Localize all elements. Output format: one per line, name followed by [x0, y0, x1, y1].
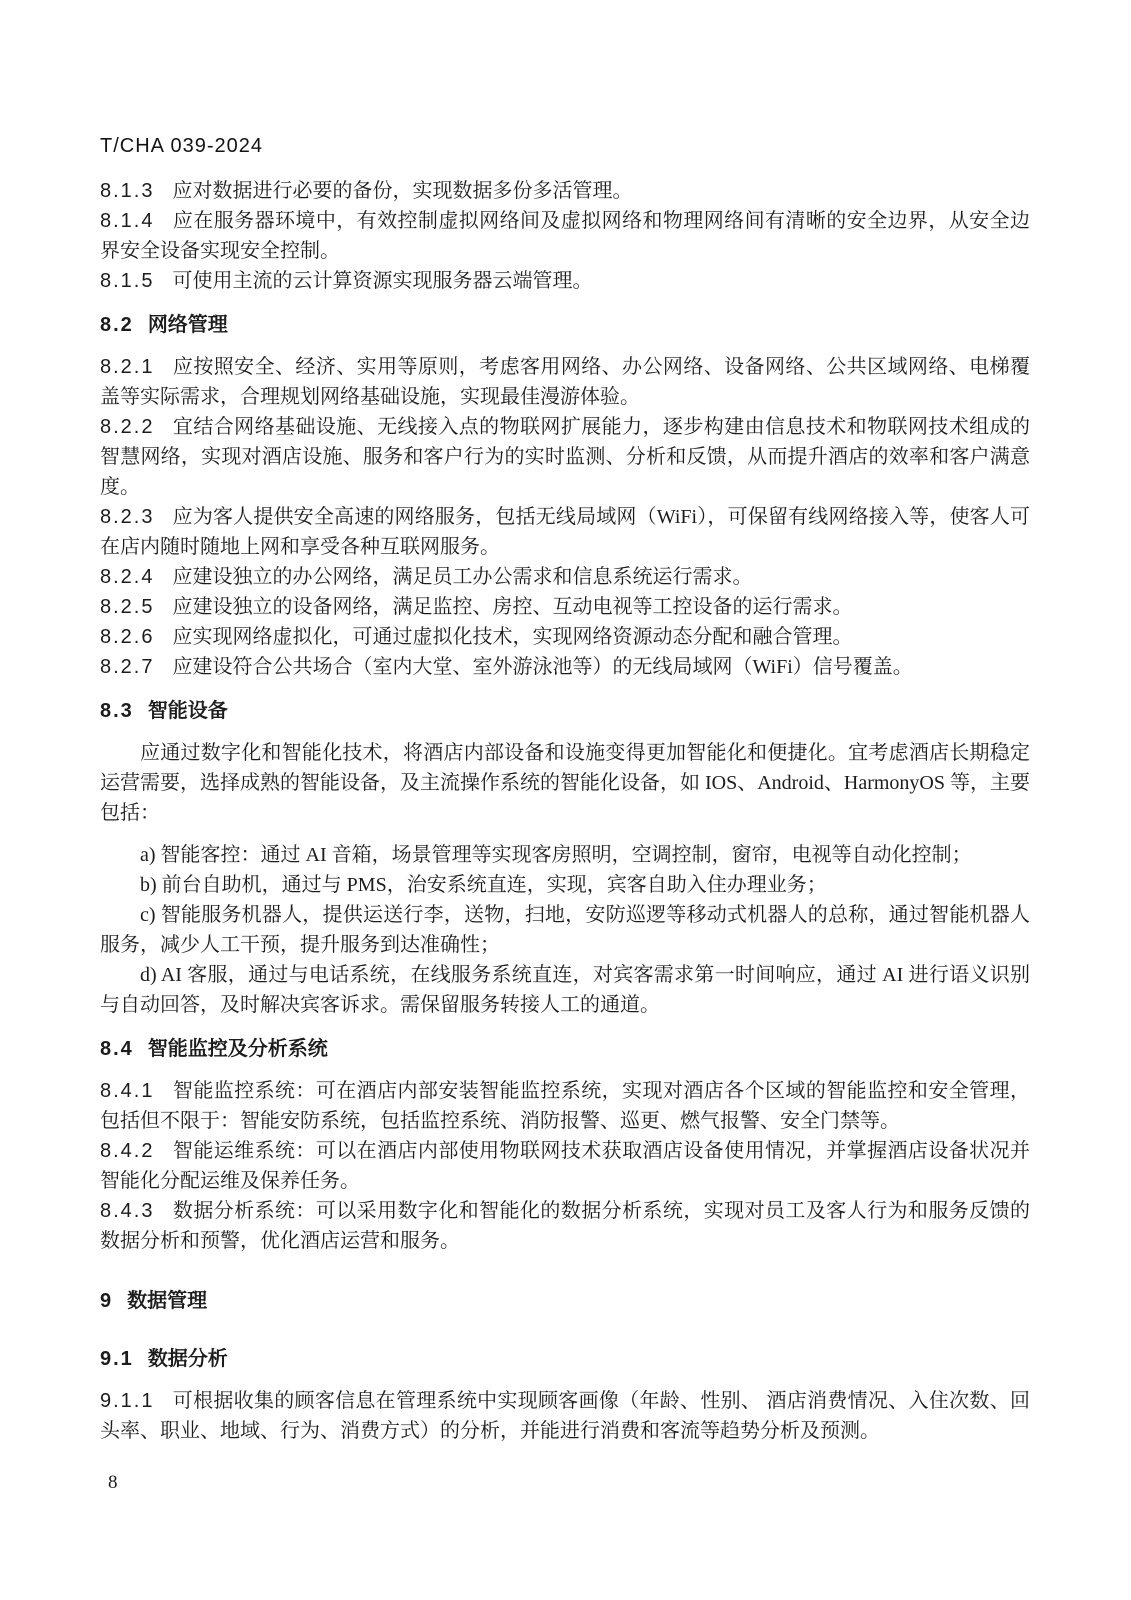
clause-paragraph: 8.2.2宜结合网络基础设施、无线接入点的物联网扩展能力，逐步构建由信息技术和物… — [100, 412, 1030, 502]
clause-text: 宜结合网络基础设施、无线接入点的物联网扩展能力，逐步构建由信息技术和物联网技术组… — [100, 416, 1030, 498]
clause-text: b) 前台自助机，通过与 PMS，治安系统直连，实现，宾客自助入住办理业务； — [140, 874, 827, 896]
clause-number: 8.2.7 — [100, 656, 154, 678]
clause-paragraph: 8.2.4应建设独立的办公网络，满足员工办公需求和信息系统运行需求。 — [100, 562, 1030, 592]
clause-paragraph: 8.1.5可使用主流的云计算资源实现服务器云端管理。 — [100, 266, 1030, 296]
subsection-heading: 8.3智能设备 — [100, 696, 1030, 726]
clause-text: 智能监控系统：可在酒店内部安装智能监控系统，实现对酒店各个区域的智能监控和安全管… — [100, 1080, 1030, 1132]
clause-text: c) 智能服务机器人，提供运送行李，送物，扫地，安防巡逻等移动式机器人的总称，通… — [100, 904, 1030, 956]
clause-text: 可根据收集的顾客信息在管理系统中实现顾客画像（年龄、性别、 酒店消费情况、入住次… — [100, 1390, 1030, 1442]
clause-number: 8.1.5 — [100, 270, 154, 292]
clause-paragraph: 8.1.3应对数据进行必要的备份，实现数据多份多活管理。 — [100, 176, 1030, 206]
document-code: T/CHA 039-2024 — [100, 134, 1030, 158]
subsection-heading: 8.4智能监控及分析系统 — [100, 1034, 1030, 1064]
clause-number: 8.1.3 — [100, 180, 154, 202]
clause-text: 应为客人提供安全高速的网络服务，包括无线局域网（WiFi），可保留有线网络接入等… — [100, 506, 1030, 558]
clause-text: 智能设备 — [148, 700, 228, 722]
clause-text: 数据分析系统：可以采用数字化和智能化的数据分析系统，实现对员工及客人行为和服务反… — [100, 1200, 1030, 1252]
list-item: c) 智能服务机器人，提供运送行李，送物，扫地，安防巡逻等移动式机器人的总称，通… — [100, 900, 1030, 960]
clause-text: 数据分析 — [148, 1348, 228, 1370]
clause-number: 8.1.4 — [100, 210, 154, 232]
list-item: a) 智能客控：通过 AI 音箱，场景管理等实现客房照明，空调控制，窗帘，电视等… — [100, 840, 1030, 870]
clause-text: 应对数据进行必要的备份，实现数据多份多活管理。 — [172, 180, 632, 202]
subsection-heading: 8.2网络管理 — [100, 310, 1030, 340]
clause-number: 8.2.1 — [100, 356, 154, 378]
clause-paragraph: 9.1.1可根据收集的顾客信息在管理系统中实现顾客画像（年龄、性别、 酒店消费情… — [100, 1386, 1030, 1446]
clause-number: 8.4 — [100, 1038, 134, 1060]
clause-paragraph: 8.4.2智能运维系统：可以在酒店内部使用物联网技术获取酒店设备使用情况，并掌握… — [100, 1136, 1030, 1196]
document-page: T/CHA 039-2024 8.1.3应对数据进行必要的备份，实现数据多份多活… — [0, 0, 1131, 1600]
clause-paragraph: 8.1.4应在服务器环境中，有效控制虚拟网络间及虚拟网络和物理网络间有清晰的安全… — [100, 206, 1030, 266]
clause-paragraph: 8.2.7应建设符合公共场合（室内大堂、室外游泳池等）的无线局域网（WiFi）信… — [100, 652, 1030, 682]
clause-text: a) 智能客控：通过 AI 音箱，场景管理等实现客房照明，空调控制，窗帘，电视等… — [140, 844, 972, 866]
clause-text: 可使用主流的云计算资源实现服务器云端管理。 — [172, 270, 592, 292]
clause-paragraph: 8.2.5应建设独立的设备网络，满足监控、房控、互动电视等工控设备的运行需求。 — [100, 592, 1030, 622]
clause-number: 8.2.5 — [100, 596, 154, 618]
clause-text: 网络管理 — [148, 314, 228, 336]
clause-text: 应实现网络虚拟化，可通过虚拟化技术，实现网络资源动态分配和融合管理。 — [172, 626, 852, 648]
list-item: d) AI 客服，通过与电话系统，在线服务系统直连，对宾客需求第一时间响应，通过… — [100, 960, 1030, 1020]
clause-number: 9.1.1 — [100, 1390, 154, 1412]
clause-text: 数据管理 — [127, 1290, 207, 1312]
clause-number: 8.2 — [100, 314, 134, 336]
clause-text: 应建设独立的设备网络，满足监控、房控、互动电视等工控设备的运行需求。 — [172, 596, 852, 618]
clause-number: 8.2.2 — [100, 416, 154, 438]
page-number: 8 — [108, 1468, 118, 1498]
clause-text: 应按照安全、经济、实用等原则，考虑客用网络、办公网络、设备网络、公共区域网络、电… — [100, 356, 1030, 408]
document-body: 8.1.3应对数据进行必要的备份，实现数据多份多活管理。8.1.4应在服务器环境… — [100, 176, 1030, 1446]
clause-number: 8.2.4 — [100, 566, 154, 588]
clause-paragraph: 8.4.3数据分析系统：可以采用数字化和智能化的数据分析系统，实现对员工及客人行… — [100, 1196, 1030, 1256]
clause-text: 智能监控及分析系统 — [148, 1038, 328, 1060]
clause-paragraph: 8.2.6应实现网络虚拟化，可通过虚拟化技术，实现网络资源动态分配和融合管理。 — [100, 622, 1030, 652]
clause-number: 8.2.6 — [100, 626, 154, 648]
list-item: b) 前台自助机，通过与 PMS，治安系统直连，实现，宾客自助入住办理业务； — [100, 870, 1030, 900]
clause-text: 应建设独立的办公网络，满足员工办公需求和信息系统运行需求。 — [172, 566, 752, 588]
clause-number: 8.4.1 — [100, 1080, 154, 1102]
clause-number: 8.2.3 — [100, 506, 154, 528]
clause-number: 8.4.3 — [100, 1200, 154, 1222]
clause-number: 9.1 — [100, 1348, 134, 1370]
clause-number: 8.4.2 — [100, 1140, 154, 1162]
clause-number: 8.3 — [100, 700, 134, 722]
clause-text: 应在服务器环境中，有效控制虚拟网络间及虚拟网络和物理网络间有清晰的安全边界，从安… — [100, 210, 1030, 262]
clause-paragraph: 8.4.1智能监控系统：可在酒店内部安装智能监控系统，实现对酒店各个区域的智能监… — [100, 1076, 1030, 1136]
clause-text: 智能运维系统：可以在酒店内部使用物联网技术获取酒店设备使用情况，并掌握酒店设备状… — [100, 1140, 1030, 1192]
clause-paragraph: 8.2.3应为客人提供安全高速的网络服务，包括无线局域网（WiFi），可保留有线… — [100, 502, 1030, 562]
clause-text: 应建设符合公共场合（室内大堂、室外游泳池等）的无线局域网（WiFi）信号覆盖。 — [172, 656, 912, 678]
clause-paragraph: 8.2.1应按照安全、经济、实用等原则，考虑客用网络、办公网络、设备网络、公共区… — [100, 352, 1030, 412]
section-heading: 9数据管理 — [100, 1286, 1030, 1316]
subsection-heading: 9.1数据分析 — [100, 1344, 1030, 1374]
clause-text: d) AI 客服，通过与电话系统，在线服务系统直连，对宾客需求第一时间响应，通过… — [100, 964, 1030, 1016]
clause-text: 应通过数字化和智能化技术，将酒店内部设备和设施变得更加智能化和便捷化。宜考虑酒店… — [100, 742, 1030, 824]
paragraph: 应通过数字化和智能化技术，将酒店内部设备和设施变得更加智能化和便捷化。宜考虑酒店… — [100, 738, 1030, 828]
clause-number: 9 — [100, 1290, 113, 1312]
